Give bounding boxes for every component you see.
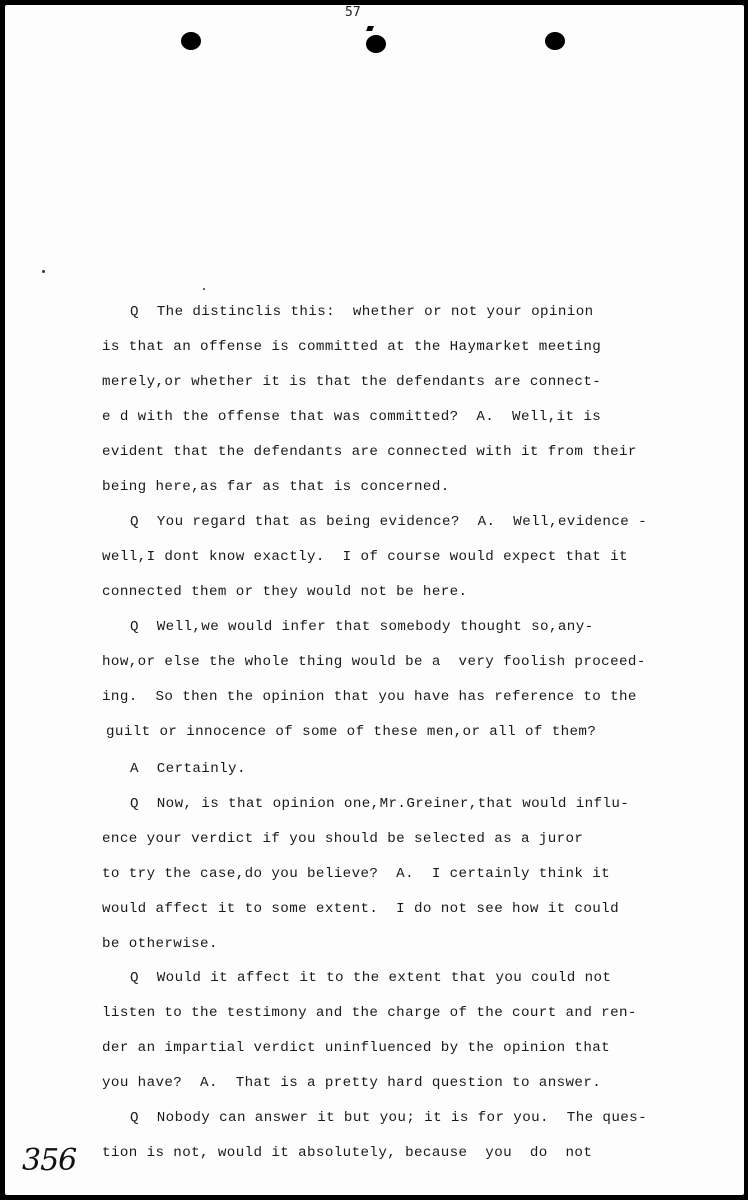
scan-speck <box>42 270 45 273</box>
text-line: Q Well,we would infer that somebody thou… <box>130 619 594 635</box>
hole-tear-mark <box>366 26 374 31</box>
text-line: be otherwise. <box>102 936 218 952</box>
text-line: you have? A. That is a pretty hard quest… <box>102 1075 601 1091</box>
text-line: der an impartial verdict uninfluenced by… <box>102 1040 610 1056</box>
text-line: Q The distinclis this: whether or not yo… <box>130 304 594 320</box>
text-line: Q Now, is that opinion one,Mr.Greiner,th… <box>130 796 629 812</box>
text-line: ence your verdict if you should be selec… <box>102 831 583 847</box>
text-line: Q You regard that as being evidence? A. … <box>130 514 647 530</box>
text-line: A Certainly. <box>130 761 246 777</box>
text-line: merely,or whether it is that the defenda… <box>102 374 601 390</box>
text-line: would affect it to some extent. I do not… <box>102 901 619 917</box>
text-line: ing. So then the opinion that you have h… <box>102 689 637 705</box>
text-line: tion is not, would it absolutely, becaus… <box>102 1145 592 1161</box>
text-line: being here,as far as that is concerned. <box>102 479 450 495</box>
text-line: Q Would it affect it to the extent that … <box>130 970 611 986</box>
text-line: e d with the offense that was committed?… <box>102 409 601 425</box>
text-line: guilt or innocence of some of these men,… <box>106 724 596 740</box>
text-line: connected them or they would not be here… <box>102 584 467 600</box>
text-line: is that an offense is committed at the H… <box>102 339 601 355</box>
text-line: Q Nobody can answer it but you; it is fo… <box>130 1110 647 1126</box>
punch-hole-left <box>181 32 201 50</box>
text-line: well,I dont know exactly. I of course wo… <box>102 549 628 565</box>
punch-hole-right <box>545 32 565 50</box>
text-line: how,or else the whole thing would be a v… <box>102 654 646 670</box>
punch-hole-center <box>366 35 386 53</box>
text-line: listen to the testimony and the charge o… <box>102 1005 637 1021</box>
text-line: evident that the defendants are connecte… <box>102 444 637 460</box>
handwritten-margin-number: 356 <box>22 1143 76 1178</box>
scan-speck <box>203 288 205 290</box>
page-number: 57 <box>345 5 361 20</box>
document-page: 57 Q The distinclis this: whether or not… <box>5 5 744 1195</box>
text-line: to try the case,do you believe? A. I cer… <box>102 866 610 882</box>
